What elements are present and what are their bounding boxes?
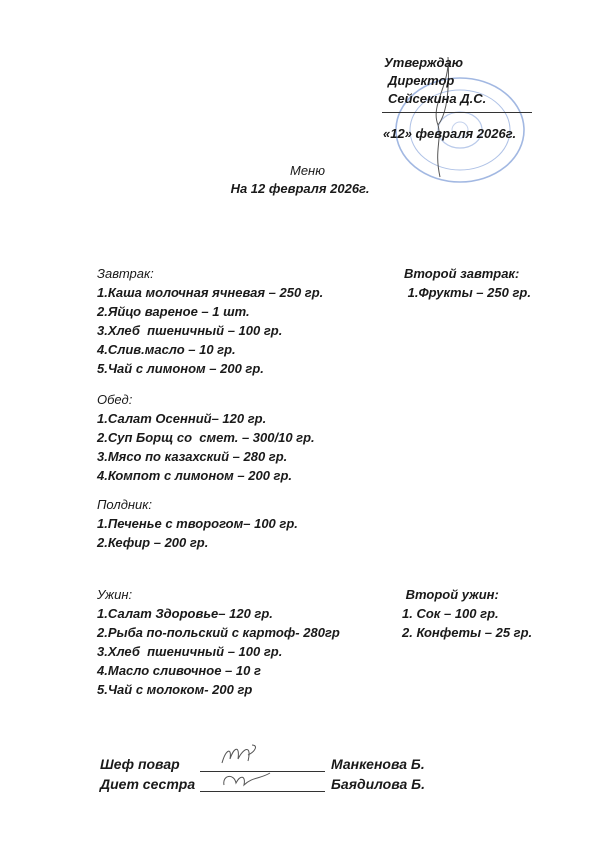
section-second-breakfast: Второй завтрак: 1.Фрукты – 250 гр.: [404, 264, 531, 302]
section-label: Второй ужин:: [402, 585, 532, 604]
signature-role: Диет сестра: [100, 776, 200, 792]
signature-name: Баядилова Б.: [331, 776, 425, 792]
menu-item: 1. Сок – 100 гр.: [402, 604, 532, 623]
signature-scribble-icon: [200, 765, 280, 795]
signature-line: [200, 777, 325, 792]
menu-item: 2.Суп Борщ со смет. – 300/10 гр.: [97, 428, 315, 447]
approval-block: Утверждаю Директор Сейсекина Д.С.: [384, 54, 486, 108]
menu-heading: Меню: [0, 162, 600, 180]
signature-row: Диет сестра Баядилова Б.: [100, 772, 425, 792]
menu-item: 5.Чай с лимоном – 200 гр.: [97, 359, 323, 378]
section-lunch: Обед: 1.Салат Осенний– 120 гр. 2.Суп Бор…: [97, 390, 315, 485]
menu-item: 3.Мясо по казахский – 280 гр.: [97, 447, 315, 466]
menu-item: 2. Конфеты – 25 гр.: [402, 623, 532, 642]
signature-role: Шеф повар: [100, 756, 200, 772]
menu-item: 1.Салат Здоровье– 120 гр.: [97, 604, 340, 623]
menu-item: 1.Салат Осенний– 120 гр.: [97, 409, 315, 428]
section-label: Полдник:: [97, 495, 298, 514]
menu-item: 1.Фрукты – 250 гр.: [404, 283, 531, 302]
approval-date: «12» февраля 2026г.: [383, 124, 516, 143]
section-breakfast: Завтрак: 1.Каша молочная ячневая – 250 г…: [97, 264, 323, 378]
signature-name: Манкенова Б.: [331, 756, 425, 772]
approval-line3: Сейсекина Д.С.: [384, 90, 486, 108]
section-label: Ужин:: [97, 585, 340, 604]
menu-item: 4.Компот с лимоном – 200 гр.: [97, 466, 315, 485]
approval-rule: [382, 112, 532, 113]
menu-item: 5.Чай с молоком- 200 гр: [97, 680, 340, 699]
section-label: Второй завтрак:: [404, 264, 531, 283]
menu-item: 2.Яйцо вареное – 1 шт.: [97, 302, 323, 321]
menu-title: Меню На 12 февраля 2026г.: [0, 162, 600, 198]
menu-item: 4.Слив.масло – 10 гр.: [97, 340, 323, 359]
approval-line1: Утверждаю: [384, 54, 486, 72]
menu-item: 2.Кефир – 200 гр.: [97, 533, 298, 552]
section-label: Обед:: [97, 390, 315, 409]
menu-item: 1.Каша молочная ячневая – 250 гр.: [97, 283, 323, 302]
section-second-dinner: Второй ужин: 1. Сок – 100 гр. 2. Конфеты…: [402, 585, 532, 642]
signatures-block: Шеф повар Манкенова Б. Диет сестра Баяди…: [100, 752, 425, 792]
menu-item: 4.Масло сливочное – 10 г: [97, 661, 340, 680]
menu-date: На 12 февраля 2026г.: [0, 180, 600, 198]
section-snack: Полдник: 1.Печенье с творогом– 100 гр. 2…: [97, 495, 298, 552]
approval-line2: Директор: [384, 72, 486, 90]
menu-item: 3.Хлеб пшеничный – 100 гр.: [97, 642, 340, 661]
section-label: Завтрак:: [97, 264, 323, 283]
menu-item: 1.Печенье с творогом– 100 гр.: [97, 514, 298, 533]
menu-item: 2.Рыба по-польский с картоф- 280гр: [97, 623, 340, 642]
menu-item: 3.Хлеб пшеничный – 100 гр.: [97, 321, 323, 340]
section-dinner: Ужин: 1.Салат Здоровье– 120 гр. 2.Рыба п…: [97, 585, 340, 699]
